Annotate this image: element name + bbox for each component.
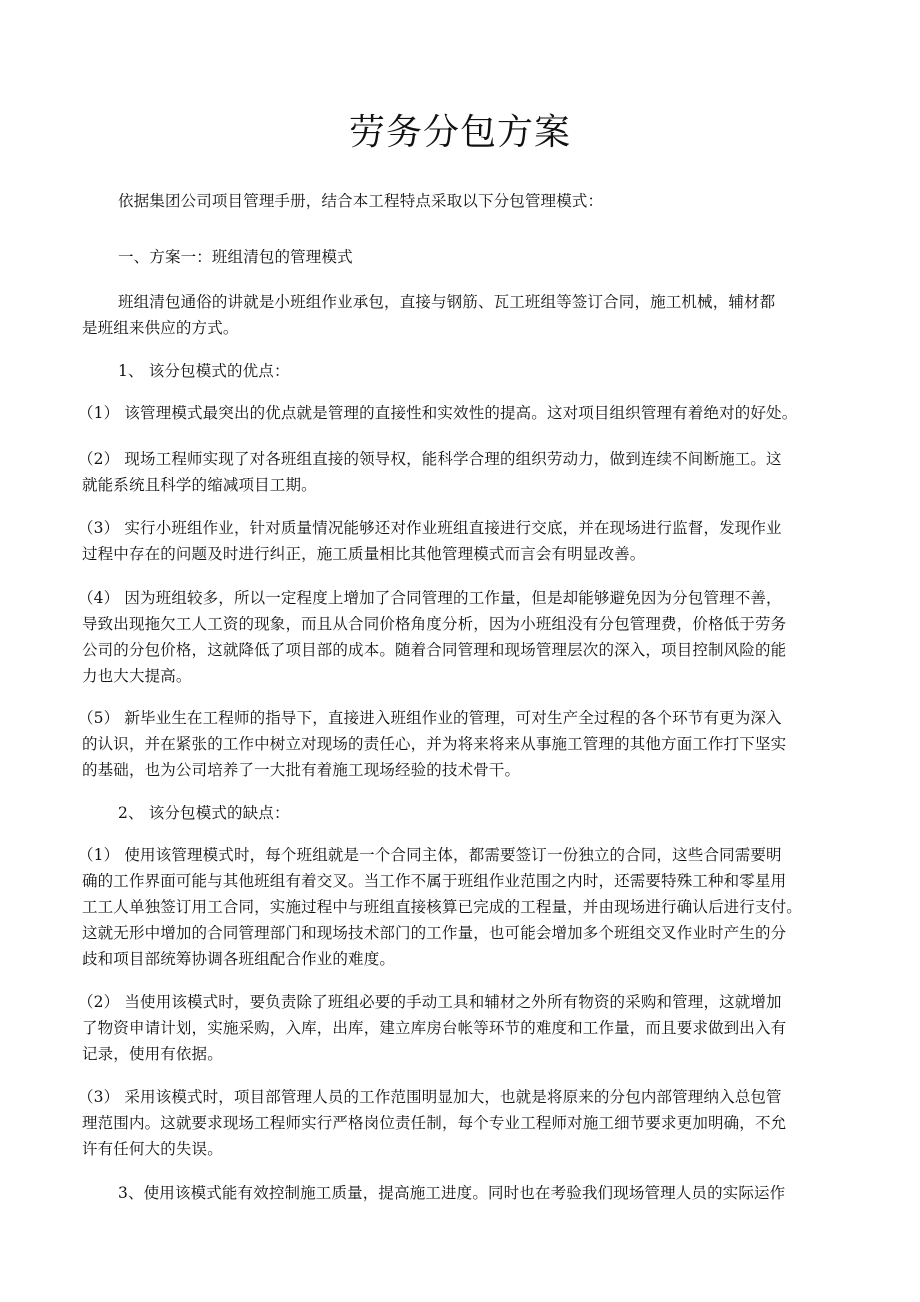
text-line: 理范围内。这就要求现场工程师实行严格岗位责任制，每个专业工程师对施工细节要求更加…: [82, 1110, 858, 1136]
disadvantages-heading: 2、 该分包模式的缺点：: [118, 800, 894, 826]
text-line: 记录，使用有依据。: [82, 1041, 858, 1067]
text-line: 许有任何大的失误。: [82, 1136, 858, 1162]
text-line: 歧和项目部统筹协调各班组配合作业的难度。: [82, 946, 858, 972]
text-line: （1） 使用该管理模式时，每个班组就是一个合同主体，都需要签订一份独立的合同，这…: [78, 842, 854, 868]
text-line: 工工人单独签订用工合同，实施过程中与班组直接核算已完成的工程量，并由现场进行确认…: [82, 894, 858, 920]
text-line: 确的工作界面可能与其他班组有着交叉。当工作不属于班组作业范围之内时，还需要特殊工…: [82, 868, 858, 894]
document-title: 劳务分包方案: [0, 108, 920, 158]
text-line: 班组清包通俗的讲就是小班组作业承包，直接与钢筋、瓦工班组等签订合同，施工机械，辅…: [118, 289, 894, 315]
text-line: （4） 因为班组较多，所以一定程度上增加了合同管理的工作量，但是却能够避免因为分…: [78, 585, 854, 611]
text-line: 的基础，也为公司培养了一大批有着施工现场经验的技术骨干。: [82, 757, 858, 783]
point-3-paragraph: 3、使用该模式能有效控制施工质量，提高施工进度。同时也在考验我们现场管理人员的实…: [118, 1180, 894, 1206]
text-line: 了物资申请计划，实施采购，入库，出库，建立库房台帐等环节的难度和工作量，而且要求…: [82, 1015, 858, 1041]
text-line: 的认识，并在紧张的工作中树立对现场的责任心，并为将来将来从事施工管理的其他方面工…: [82, 731, 858, 757]
text-line: （1） 该管理模式最突出的优点就是管理的直接性和实效性的提高。这对项目组织管理有…: [78, 400, 854, 426]
intro-paragraph: 依据集团公司项目管理手册，结合本工程特点采取以下分包管理模式：: [118, 188, 894, 214]
text-line: 是班组来供应的方式。: [82, 315, 858, 341]
text-line: 过程中存在的问题及时进行纠正，施工质量相比其他管理模式而言会有明显改善。: [82, 541, 858, 567]
section1-heading: 一、方案一：班组清包的管理模式: [118, 244, 894, 270]
text-line: （5） 新毕业生在工程师的指导下，直接进入班组作业的管理，可对生产全过程的各个环…: [78, 705, 854, 731]
text-line: 力也大大提高。: [82, 663, 858, 689]
text-line: （3） 实行小班组作业，针对质量情况能够还对作业班组直接进行交底，并在现场进行监…: [78, 515, 854, 541]
text-line: 这就无形中增加的合同管理部门和现场技术部门的工作量，也可能会增加多个班组交叉作业…: [82, 920, 858, 946]
text-line: 就能系统且科学的缩减项目工期。: [82, 472, 858, 498]
text-line: （3） 采用该模式时，项目部管理人员的工作范围明显加大，也就是将原来的分包内部管…: [78, 1084, 854, 1110]
advantages-heading: 1、 该分包模式的优点：: [118, 358, 894, 384]
document-page: 劳务分包方案 依据集团公司项目管理手册，结合本工程特点采取以下分包管理模式： 一…: [0, 0, 920, 1302]
text-line: （2） 现场工程师实现了对各班组直接的领导权，能科学合理的组织劳动力，做到连续不…: [78, 446, 854, 472]
text-line: 导致出现拖欠工人工资的现象，而且从合同价格角度分析，因为小班组没有分包管理费，价…: [82, 611, 858, 637]
text-line: 公司的分包价格，这就降低了项目部的成本。随着合同管理和现场管理层次的深入，项目控…: [82, 637, 858, 663]
text-line: （2） 当使用该模式时，要负责除了班组必要的手动工具和辅材之外所有物资的采购和管…: [78, 989, 854, 1015]
